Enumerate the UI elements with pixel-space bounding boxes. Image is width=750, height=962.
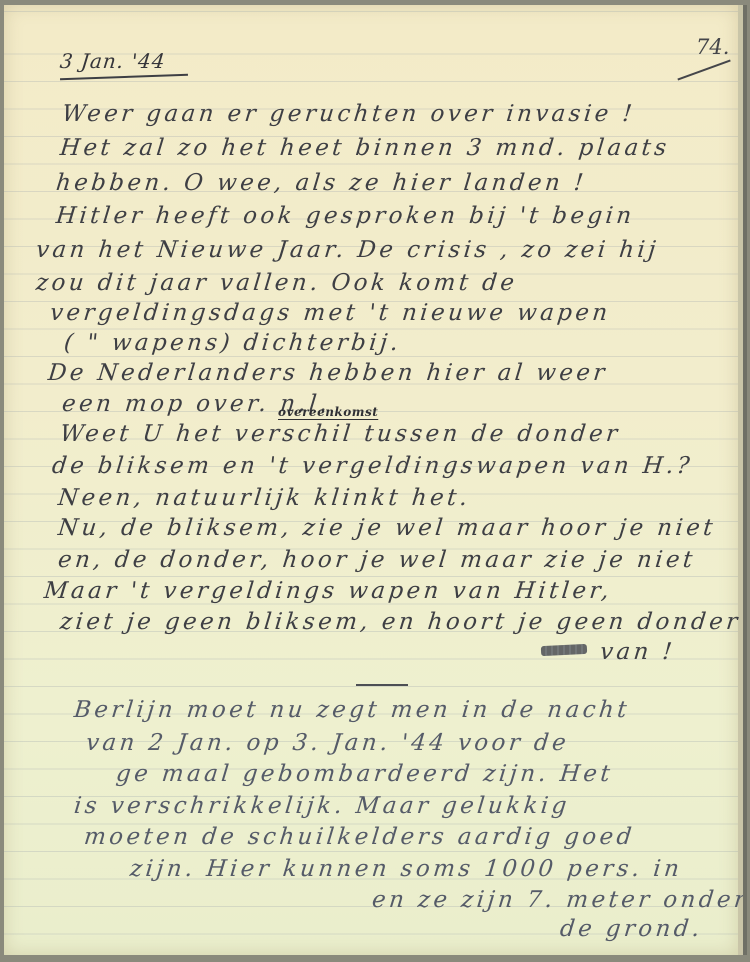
entry1-line-13: Neen, natuurlijk klinkt het. xyxy=(57,487,472,510)
entry2-line-3: ge maal gebombardeerd zijn. Het xyxy=(115,763,614,786)
date-heading: 3 Jan. '44 xyxy=(59,51,167,71)
correction-overeenkomst: overeenkomst xyxy=(278,405,378,419)
entry1-line-12: de bliksem en 't vergeldingswapen van H.… xyxy=(51,455,694,478)
diary-page: 3 Jan. '44 74. Weer gaan er geruchten ov… xyxy=(4,5,743,955)
entry1-line-9: De Nederlanders hebben hier al weer xyxy=(47,362,609,385)
entry1-line-6: zou dit jaar vallen. Ook komt de xyxy=(35,272,519,295)
entry1-line-15: en, de donder, hoor je wel maar zie je n… xyxy=(57,549,697,572)
entry1-line-7: vergeldingsdags met 't nieuwe wapen xyxy=(49,302,612,325)
entry1-line-18: van ! xyxy=(599,641,676,664)
entry1-line-5: van het Nieuwe Jaar. De crisis , zo zei … xyxy=(35,239,660,262)
page-number: 74. xyxy=(696,35,729,59)
entry1-line-16: Maar 't vergeldings wapen van Hitler, xyxy=(43,580,613,603)
entry1-line-17: ziet je geen bliksem, en hoort je geen d… xyxy=(59,611,742,634)
entry1-line-3: hebben. O wee, als ze hier landen ! xyxy=(55,172,588,195)
entry2-line-4: is verschrikkelijk. Maar gelukkig xyxy=(73,795,571,818)
entry1-line-4: Hitler heeft ook gesproken bij 't begin xyxy=(55,205,636,228)
entry2-line-8: de grond. xyxy=(559,918,704,941)
entry2-line-5: moeten de schuilkelders aardig goed xyxy=(83,826,636,849)
entry2-line-1: Berlijn moet nu zegt men in de nacht xyxy=(73,699,631,722)
entry2-line-2: van 2 Jan. op 3. Jan. '44 voor de xyxy=(85,732,570,755)
entry1-line-2: Het zal zo het heet binnen 3 mnd. plaats xyxy=(59,137,671,160)
entry-separator xyxy=(356,684,408,686)
entry2-line-7: en ze zijn 7. meter onder xyxy=(371,889,750,912)
entry1-line-11: Weet U het verschil tussen de donder xyxy=(59,423,622,446)
entry2-line-6: zijn. Hier kunnen soms 1000 pers. in xyxy=(129,858,684,881)
entry1-line-1: Weer gaan er geruchten over invasie ! xyxy=(61,103,636,126)
entry1-line-14: Nu, de bliksem, zie je wel maar hoor je … xyxy=(57,517,717,540)
entry1-line-8: ( " wapens) dichterbij. xyxy=(63,332,403,355)
